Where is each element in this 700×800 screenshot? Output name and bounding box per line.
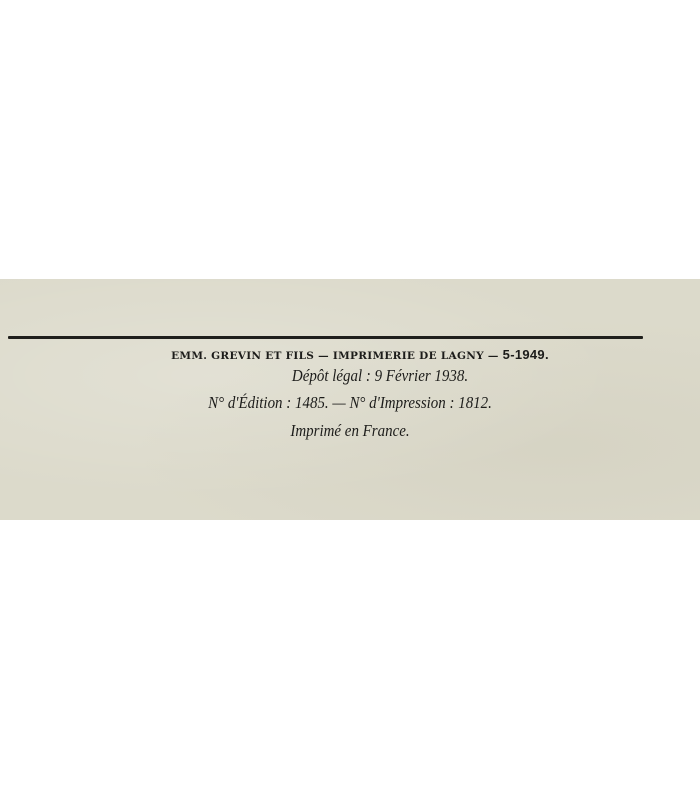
horizontal-rule xyxy=(8,336,643,339)
printer-line: EMM. GREVIN ET FILS — IMPRIMERIE DE LAGN… xyxy=(10,347,700,362)
edition-impression-numbers: N° d'Édition : 1485. — N° d'Impression :… xyxy=(42,393,658,413)
printer-name: EMM. GREVIN ET FILS — IMPRIMERIE DE LAGN… xyxy=(171,350,499,362)
printer-date: 5-1949. xyxy=(503,347,549,362)
depot-legal: Dépôt légal : 9 Février 1938. xyxy=(72,366,688,386)
paper-page: EMM. GREVIN ET FILS — IMPRIMERIE DE LAGN… xyxy=(0,279,700,520)
printed-in: Imprimé en France. xyxy=(42,421,658,441)
